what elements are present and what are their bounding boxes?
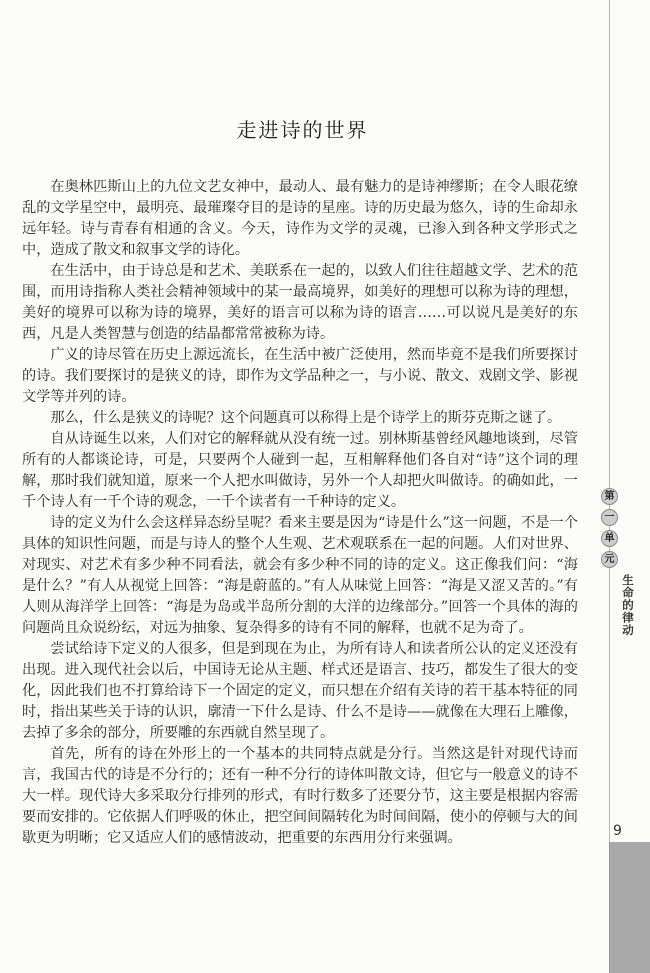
unit-label-badges: 第 一 单 元 [601,488,618,568]
unit-badge-circle: 第 [601,488,618,505]
article-body: 在奥林匹斯山上的九位文艺女神中，最动人、最有魅力的是诗神缪斯；在令人眼花缭乱的文… [22,177,578,849]
paragraph: 广义的诗尽管在历史上源远流长，在生活中被广泛使用，然而毕竟不是我们所要探讨的诗。… [22,345,578,408]
unit-badge-circle: 一 [601,509,618,526]
paragraph: 自从诗诞生以来，人们对它的解释就从没有统一过。别林斯基曾经风趣地谈到，尽管所有的… [22,429,578,513]
paragraph: 那么，什么是狭义的诗呢？这个问题真可以称得上是个诗学上的斯芬克斯之谜了。 [22,408,578,429]
paragraph: 首先，所有的诗在外形上的一个基本的共同特点就是分行。当然这是针对现代诗而言，我国… [22,744,578,849]
paragraph: 在奥林匹斯山上的九位文艺女神中，最动人、最有魅力的是诗神缪斯；在令人眼花缭乱的文… [22,177,578,261]
paragraph: 诗的定义为什么会这样异态纷呈呢？看来主要是因为“诗是什么”这一问题，不是一个具体… [22,513,578,639]
thumb-index-tab [609,842,650,973]
unit-badge-circle: 元 [601,551,618,568]
page-title: 走进诗的世界 [0,114,605,143]
paragraph: 尝试给诗下定义的人很多，但是到现在为止，为所有诗人和读者所公认的定义还没有出现。… [22,639,578,744]
page-number: 9 [613,823,622,839]
paragraph: 在生活中，由于诗总是和艺术、美联系在一起的，以致人们往往超越文学、艺术的范围，而… [22,261,578,345]
unit-title: 生命的律动 [620,574,634,637]
unit-badge-circle: 单 [601,530,618,547]
margin-divider-line [609,0,610,842]
